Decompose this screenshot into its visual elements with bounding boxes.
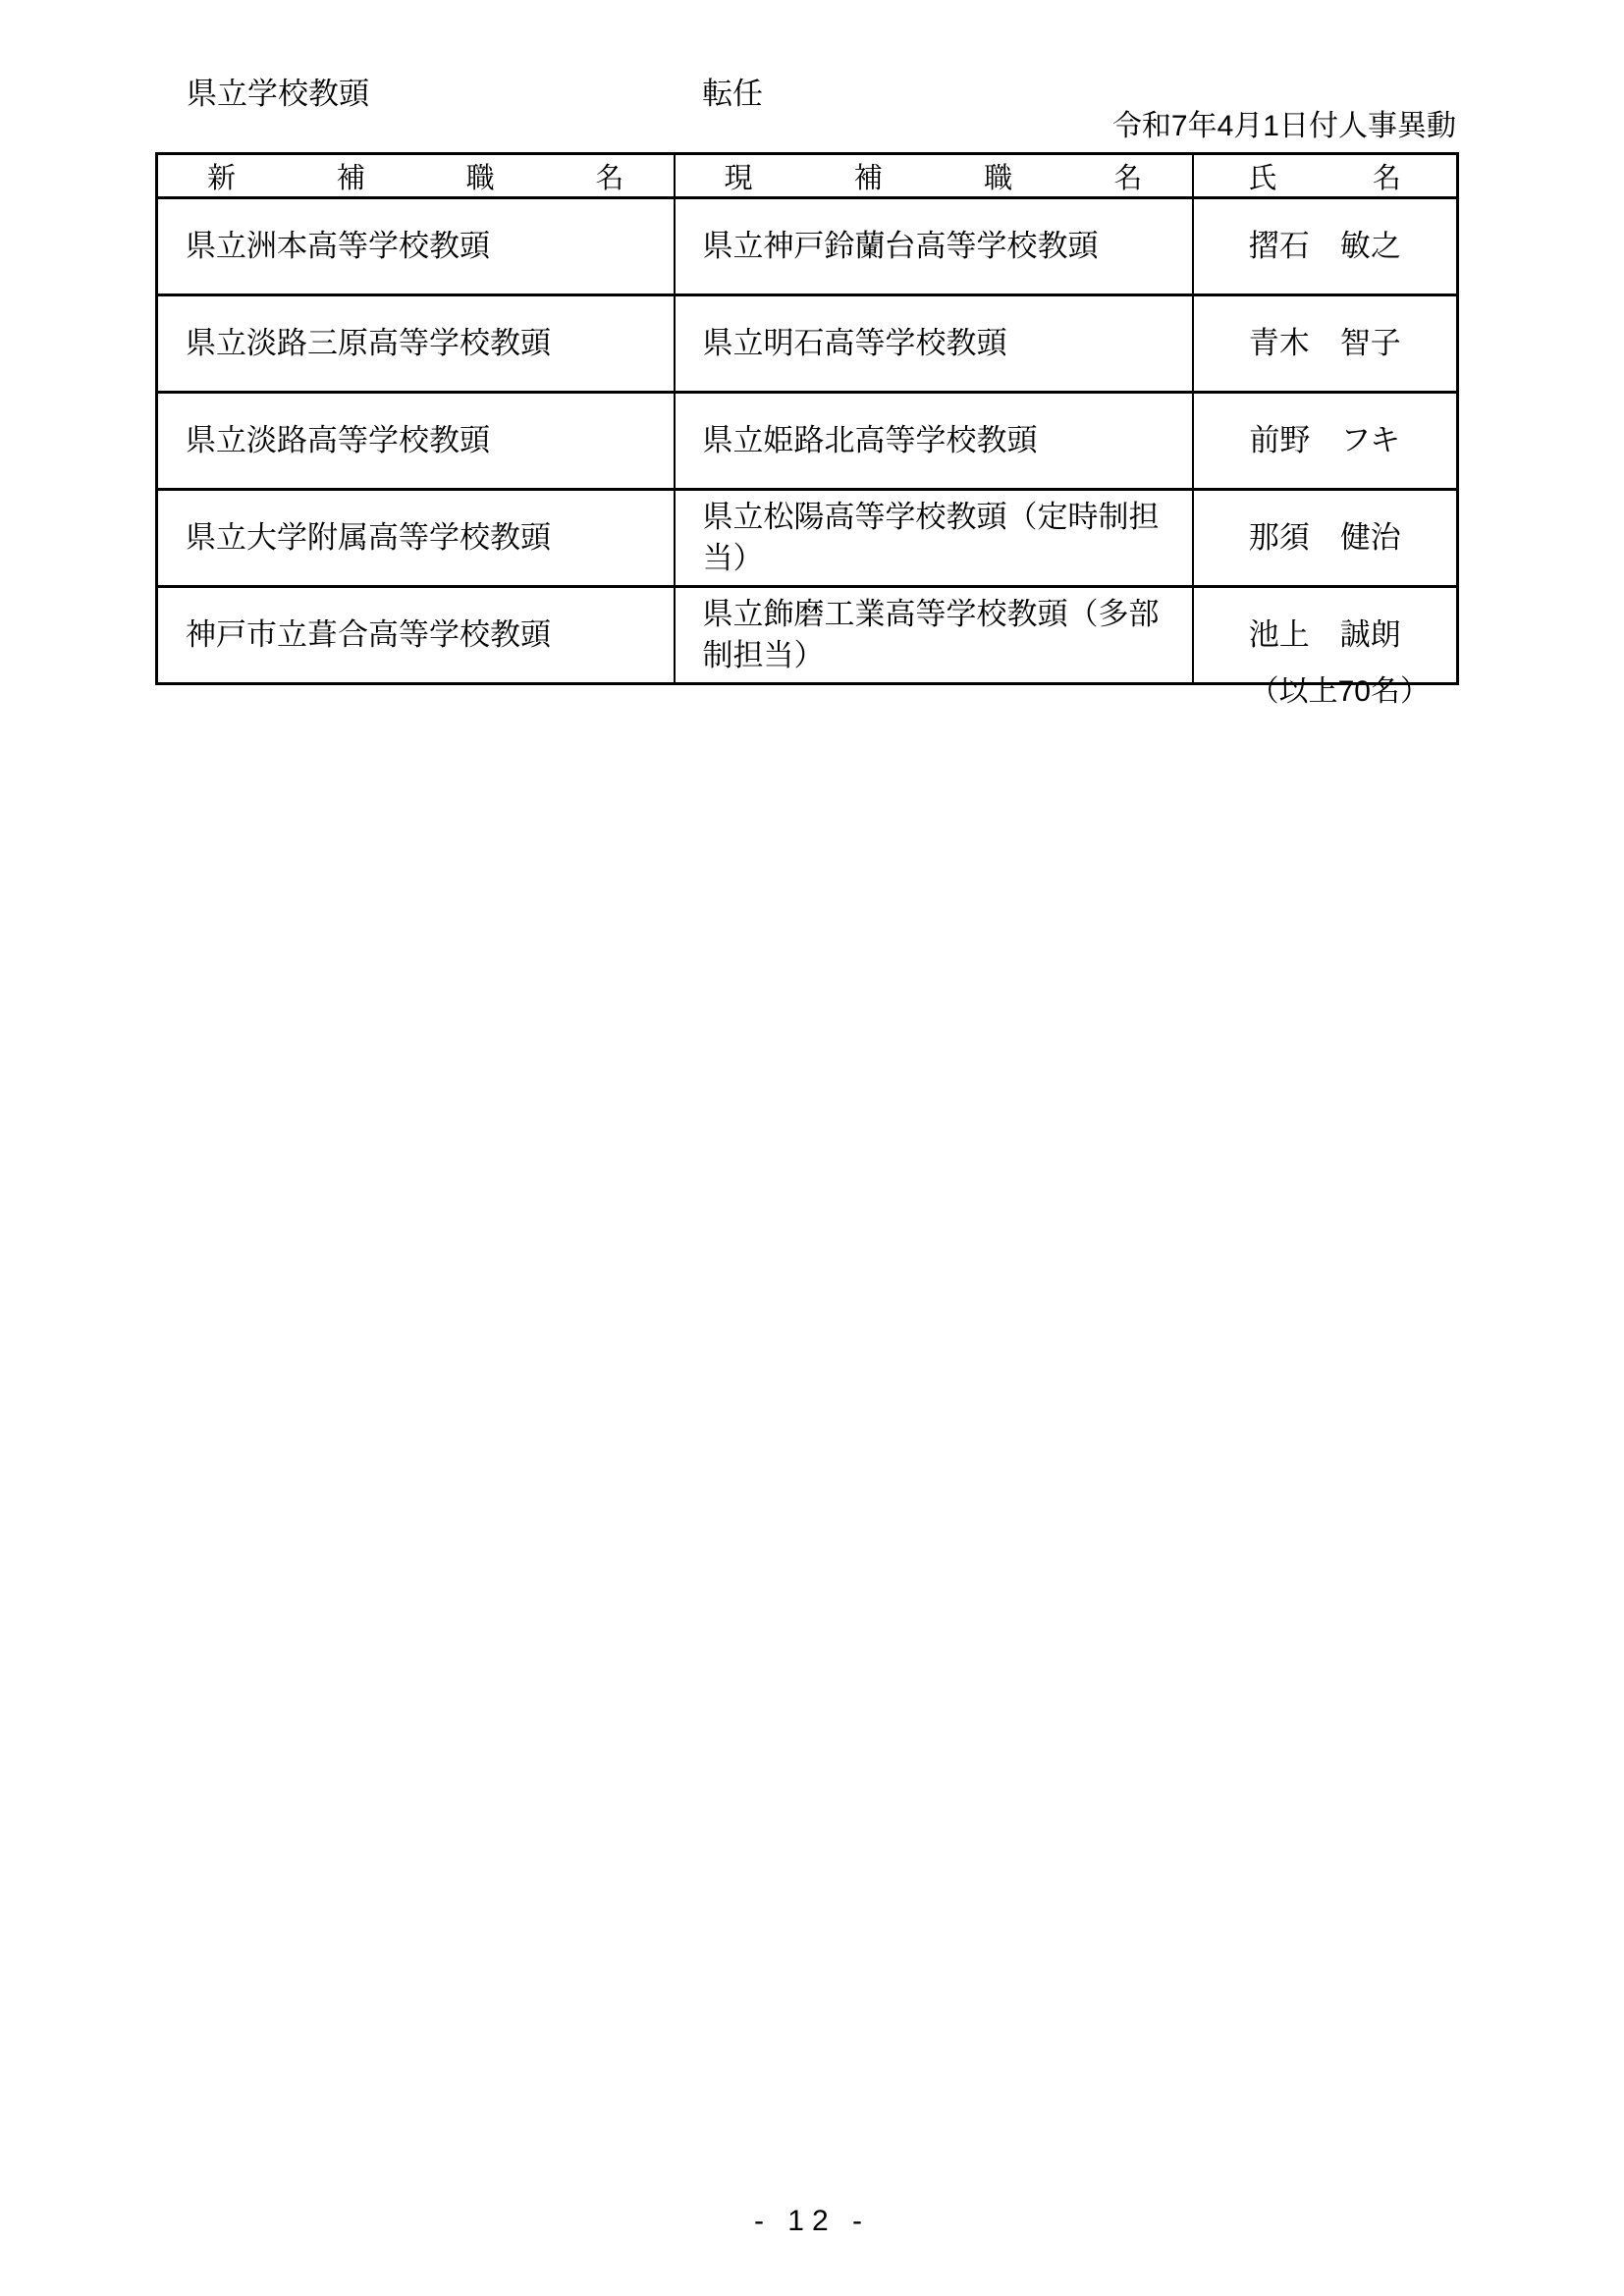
table-row: 県立淡路三原高等学校教頭 県立明石高等学校教頭 青木 智子 <box>157 295 1458 393</box>
date-line: 令和7年4月1日付人事異動 <box>1112 112 1456 141</box>
table-row: 県立淡路高等学校教頭 県立姫路北高等学校教頭 前野 フキ <box>157 393 1458 490</box>
name-cell: 池上 誠朗 <box>1193 587 1458 684</box>
new-position-cell: 神戸市立葺合高等学校教頭 <box>157 587 675 684</box>
new-position-cell: 県立大学附属高等学校教頭 <box>157 490 675 587</box>
new-position-cell: 県立淡路高等学校教頭 <box>157 393 675 490</box>
new-position-cell: 県立淡路三原高等学校教頭 <box>157 295 675 393</box>
name-cell: 青木 智子 <box>1193 295 1458 393</box>
current-position-cell: 県立松陽高等学校教頭（定時制担当） <box>675 490 1193 587</box>
header-name: 氏名 <box>1193 154 1458 198</box>
new-position-cell: 県立洲本高等学校教頭 <box>157 198 675 295</box>
total-count-note: （以上70名） <box>1250 677 1430 707</box>
table-row: 県立洲本高等学校教頭 県立神戸鈴蘭台高等学校教頭 摺石 敏之 <box>157 198 1458 295</box>
current-position-cell: 県立明石高等学校教頭 <box>675 295 1193 393</box>
page-number: - 12 - <box>0 2207 1624 2236</box>
current-position-cell: 県立姫路北高等学校教頭 <box>675 393 1193 490</box>
header-new-position: 新補職名 <box>157 154 675 198</box>
name-cell: 摺石 敏之 <box>1193 198 1458 295</box>
category-label: 転任 <box>702 79 763 109</box>
document-page: 県立学校教頭 転任 令和7年4月1日付人事異動 新補職名 現補職名 氏名 県立洲… <box>0 0 1624 2296</box>
personnel-transfer-table: 新補職名 現補職名 氏名 県立洲本高等学校教頭 県立神戸鈴蘭台高等学校教頭 摺石… <box>155 152 1459 685</box>
table-header-row: 新補職名 現補職名 氏名 <box>157 154 1458 198</box>
header-name-label: 氏名 <box>1194 156 1457 196</box>
current-position-cell: 県立飾磨工業高等学校教頭（多部制担当） <box>675 587 1193 684</box>
name-cell: 前野 フキ <box>1193 393 1458 490</box>
section-label: 県立学校教頭 <box>187 79 369 109</box>
header-current-position: 現補職名 <box>675 154 1193 198</box>
current-position-cell: 県立神戸鈴蘭台高等学校教頭 <box>675 198 1193 295</box>
header-current-position-label: 現補職名 <box>676 156 1192 196</box>
name-cell: 那須 健治 <box>1193 490 1458 587</box>
header-new-position-label: 新補職名 <box>158 156 674 196</box>
table-row: 神戸市立葺合高等学校教頭 県立飾磨工業高等学校教頭（多部制担当） 池上 誠朗 <box>157 587 1458 684</box>
table-row: 県立大学附属高等学校教頭 県立松陽高等学校教頭（定時制担当） 那須 健治 <box>157 490 1458 587</box>
